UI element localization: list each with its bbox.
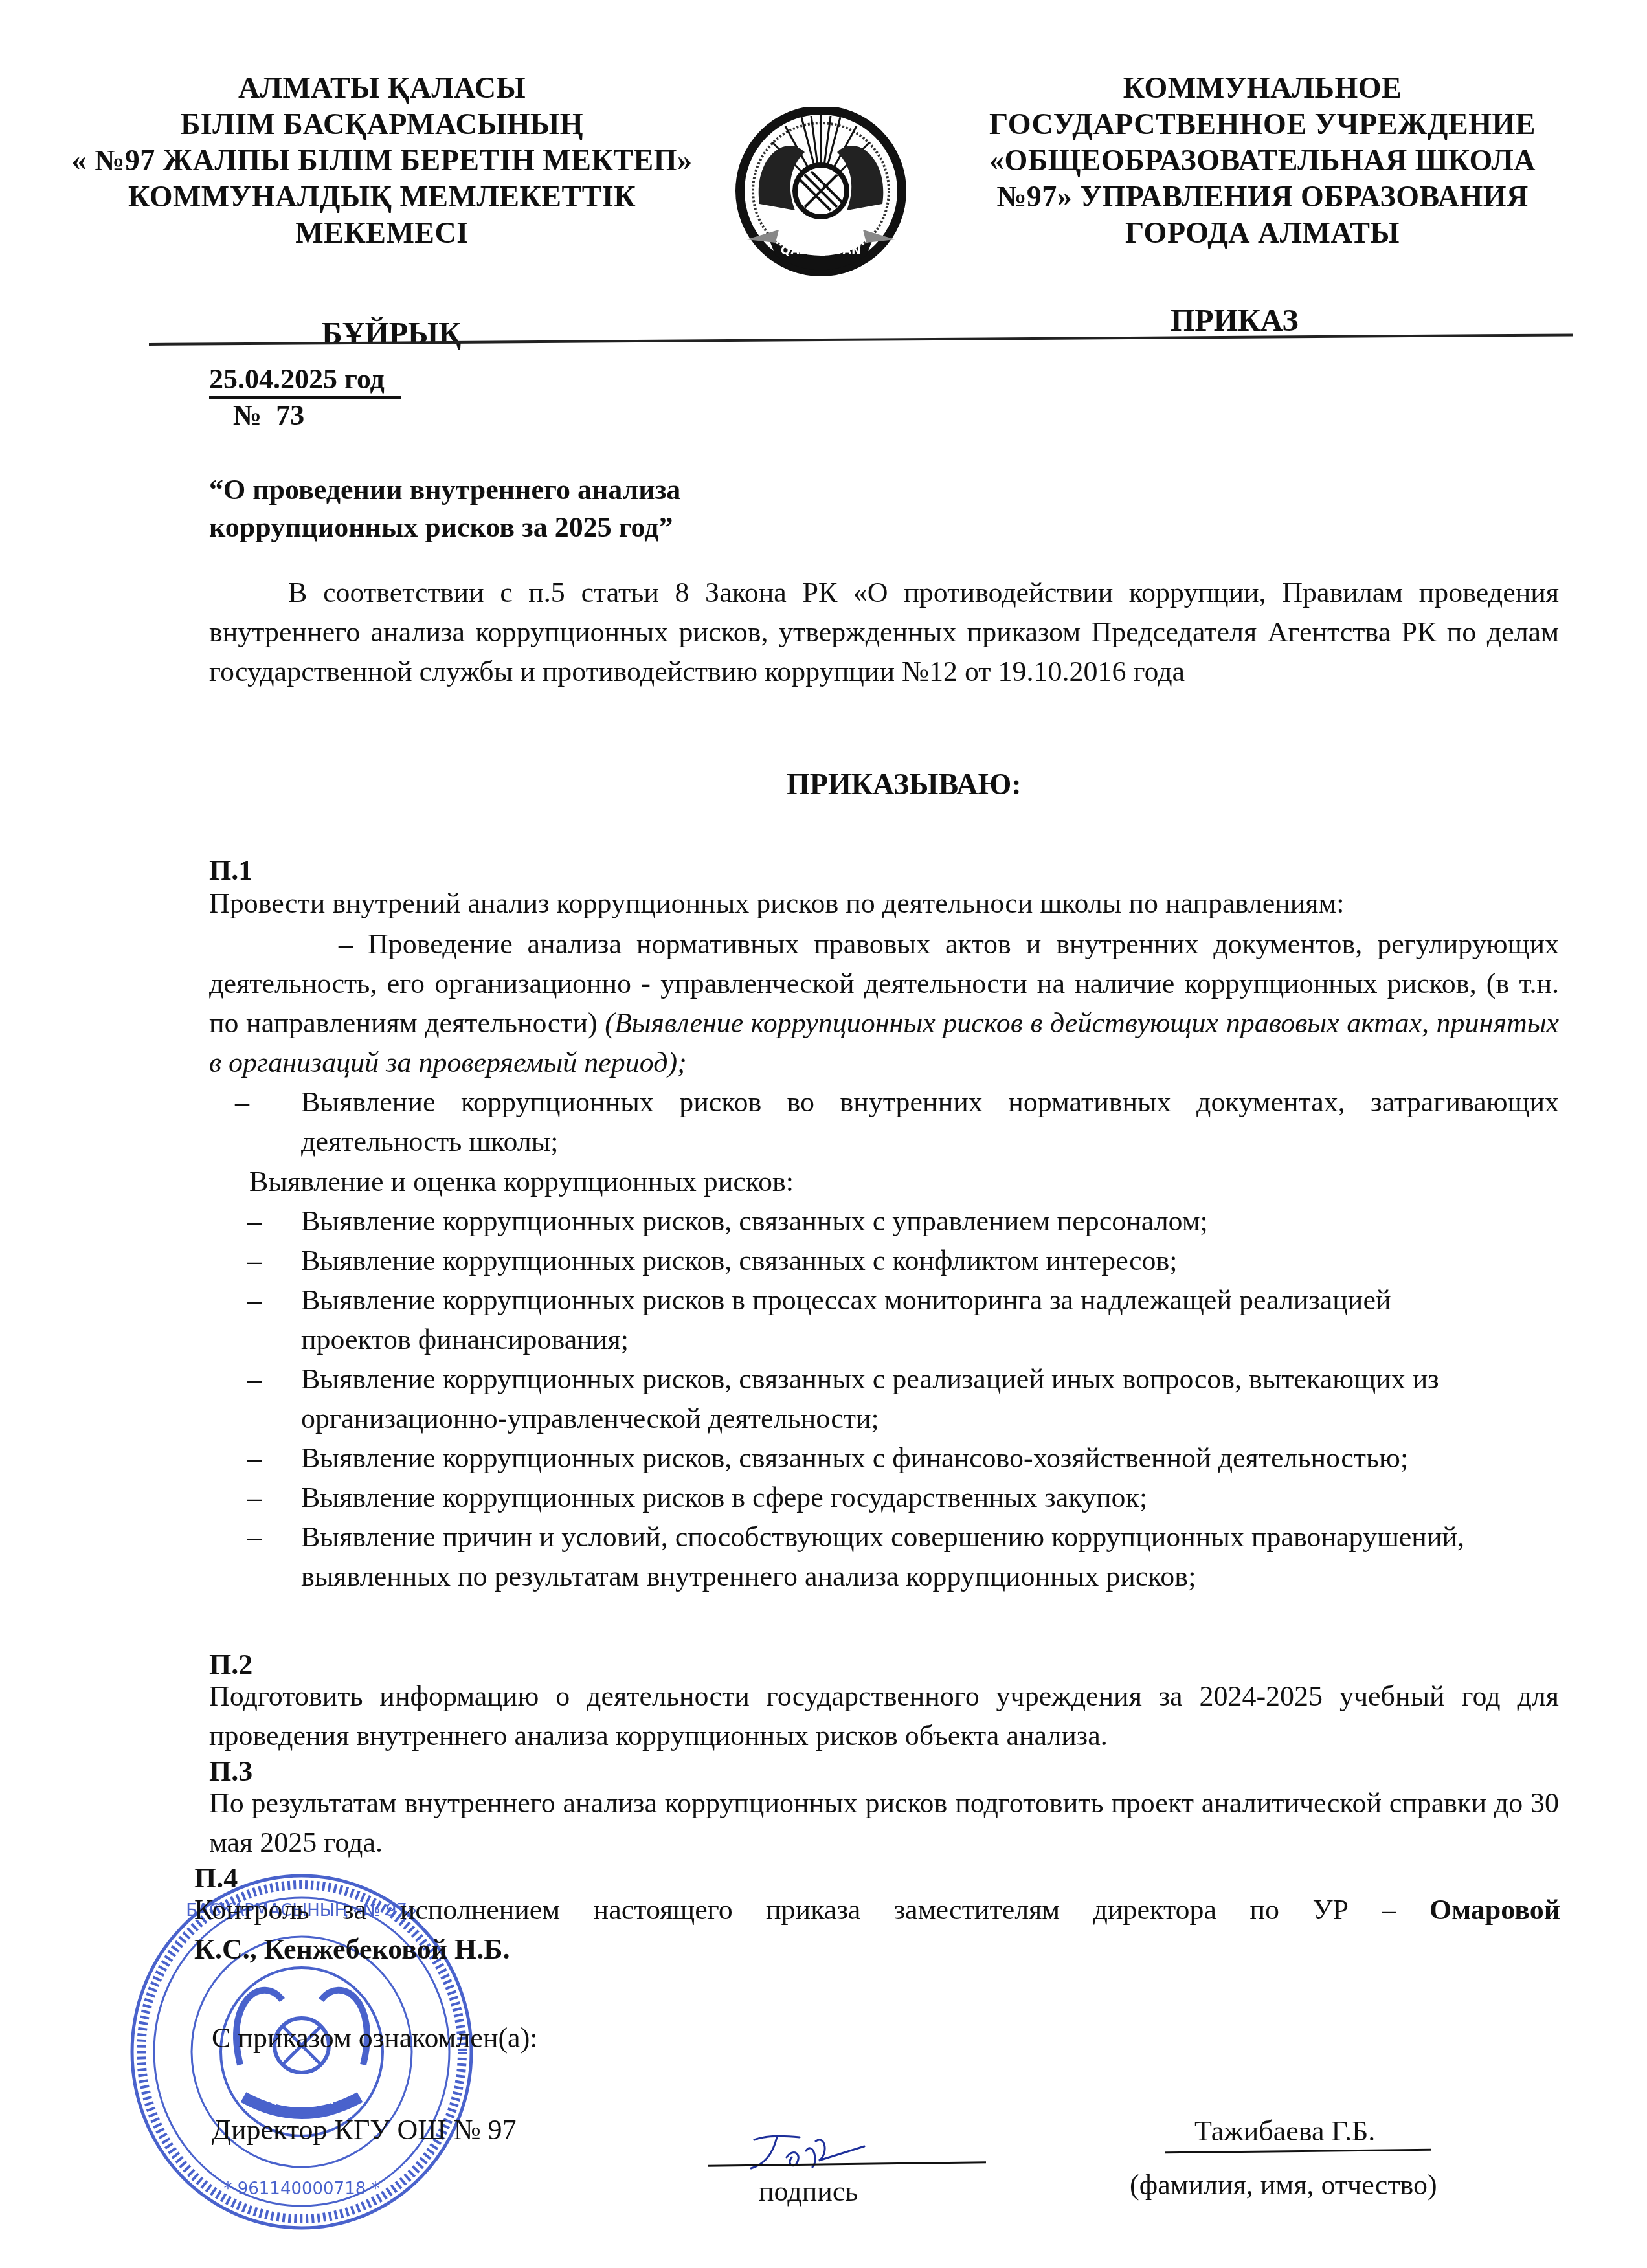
org-name-ru-line: «ОБЩЕОБРАЗОВАТЕЛЬНАЯ ШКОЛА [945,142,1580,179]
section-p4-text: Контроль за исполнением настоящего прика… [194,1890,1560,1969]
name-caption: (фамилия, имя, отчество) [1130,2165,1437,2205]
section-p2-text: Подготовить информацию о деятельности го… [209,1676,1559,1755]
p1-risk-list: –Выявление коррупционных рисков, связанн… [209,1201,1472,1596]
preamble: В соответствии с п.5 статьи 8 Закона РК … [209,573,1559,691]
section-p1-label: П.1 [209,853,252,888]
section-p3-text: По результатам внутреннего анализа корру… [209,1783,1559,1862]
list-item-text: Выявление причин и условий, способствующ… [301,1521,1464,1592]
svg-text:QAZAQSTAN: QAZAQSTAN [781,244,861,258]
list-item-text: Выявление коррупционных рисков в процесс… [301,1284,1391,1355]
org-name-ru-line: КОММУНАЛЬНОЕ [945,70,1580,106]
p1-first-item: – Проведение анализа нормативных правовы… [209,924,1559,1082]
dash-bullet: – [235,1082,274,1122]
signature-caption: подпись [759,2172,858,2211]
org-name-kz-line: МЕКЕМЕСІ [65,215,699,251]
list-item: –Выявление коррупционных рисков в процес… [209,1280,1472,1359]
org-name-kz-line: БІЛІМ БАСҚАРМАСЫНЫҢ [65,106,699,142]
org-name-kz-line: « №97 ЖАЛПЫ БІЛІМ БЕРЕТІН МЕКТЕП» [65,142,699,179]
dash-bullet: – [235,1241,274,1280]
list-item: –Выявление коррупционных рисков во внутр… [209,1082,1559,1161]
number-value: 73 [276,399,304,431]
list-item-text: Выявление коррупционных рисков, связанны… [301,1245,1177,1276]
signatory-name: Тажибаева Г.Б. [1194,2111,1375,2151]
org-name-kz: АЛМАТЫ ҚАЛАСЫ БІЛІМ БАСҚАРМАСЫНЫҢ « №97 … [65,70,699,251]
org-name-ru-line: №97» УПРАВЛЕНИЯ ОБРАЗОВАНИЯ [945,179,1580,215]
list-item: –Выявление коррупционных рисков в сфере … [209,1478,1472,1517]
section-p1-intro: Провести внутрений анализ коррупционных … [209,884,1569,923]
section-p4-body: Контроль за исполнением настоящего прика… [194,1894,1396,1926]
list-item: –Выявление коррупционных рисков, связанн… [209,1438,1472,1478]
org-name-ru-line: ГОСУДАРСТВЕННОЕ УЧРЕЖДЕНИЕ [945,106,1580,142]
responsible-person-2: К.С., Кенжебековой Н.Б. [194,1929,1560,1969]
svg-text:* 961140000718 *: * 961140000718 * [223,2179,379,2199]
list-item: –Выявление коррупционных рисков, связанн… [209,1201,1472,1241]
list-item: –Выявление коррупционных рисков, связанн… [209,1241,1472,1280]
acknowledgement-label: С приказом ознакомлен(а): [212,2018,538,2058]
order-title: “О проведении внутреннего анализа корруп… [209,471,680,546]
order-date-value: 25.04.2025 год [209,363,385,395]
dash-bullet: – [235,1280,274,1320]
list-item-text: Выявление коррупционных рисков, связанны… [301,1363,1439,1434]
doc-type-kz: БҰЙРЫҚ [322,316,461,351]
order-title-line: коррупционных рисков за 2025 год” [209,509,680,546]
p1-second-list: –Выявление коррупционных рисков во внутр… [209,1082,1559,1161]
dash-bullet: – [235,1359,274,1399]
order-date: 25.04.2025 год [209,362,401,399]
org-name-ru-line: ГОРОДА АЛМАТЫ [945,215,1580,251]
list-item-text: Выявление коррупционных рисков, связанны… [301,1442,1408,1474]
svg-text:QAZAQSTAN: QAZAQSTAN [269,2094,333,2106]
dash-bullet: – [235,1478,274,1517]
responsible-person-1: Омаровой [1429,1894,1560,1926]
dash-bullet: – [235,1201,274,1241]
list-item-text: Выявление коррупционных рисков в сфере г… [301,1482,1147,1513]
list-item: –Выявление коррупционных рисков, связанн… [209,1359,1472,1438]
dash-bullet: – [235,1438,274,1478]
list-item-text: Выявление коррупционных рисков, связанны… [301,1205,1208,1237]
dash-bullet: – [235,1517,274,1557]
org-name-kz-line: АЛМАТЫ ҚАЛАСЫ [65,70,699,106]
signatory-position: Директор КГУ ОШ № 97 [212,2110,517,2150]
list-item-text: Выявление коррупционных рисков во внутре… [301,1086,1559,1157]
org-name-ru: КОММУНАЛЬНОЕ ГОСУДАРСТВЕННОЕ УЧРЕЖДЕНИЕ … [945,70,1580,251]
dash-bullet: – [339,928,353,960]
number-label: № [233,399,262,431]
order-title-line: “О проведении внутреннего анализа [209,471,680,509]
kazakhstan-state-emblem-icon: QAZAQSTAN [734,107,908,285]
doc-type-ru: ПРИКАЗ [1171,303,1299,339]
list-item: –Выявление причин и условий, способствую… [209,1517,1472,1596]
org-name-kz-line: КОММУНАЛДЫҚ МЕМЛЕКЕТТІК [65,179,699,215]
p1-subheading: Выявление и оценка коррупционных рисков: [249,1162,794,1201]
order-number: № 73 [233,399,304,432]
order-word: ПРИКАЗЫВАЮ: [787,767,1022,801]
